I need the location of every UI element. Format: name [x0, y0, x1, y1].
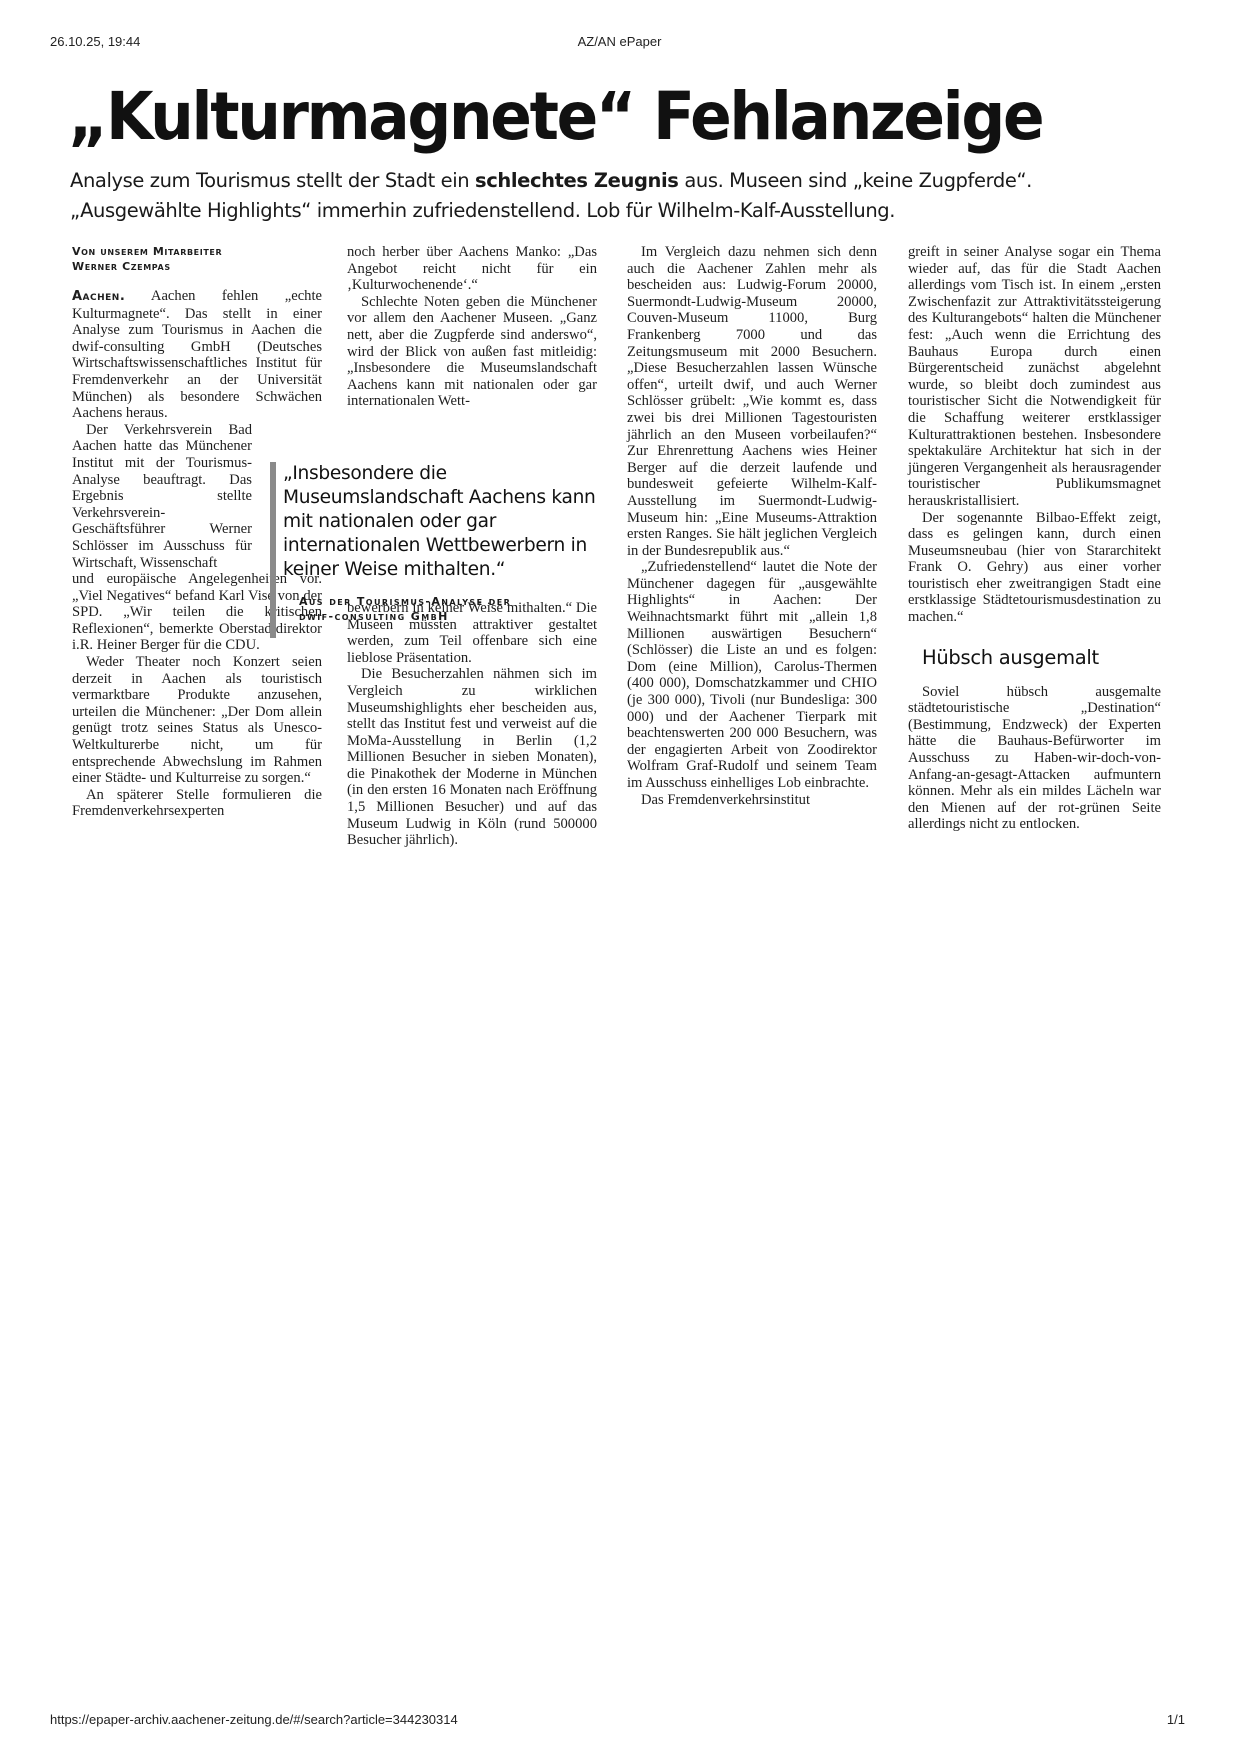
subhead-line1-post: aus. Museen sind „keine Zugpferde“. [679, 169, 1032, 192]
pull-quote-bar [270, 462, 276, 638]
subhead-line2: „Ausgewählte Highlights“ immerhin zufrie… [70, 199, 895, 222]
pull-quote-source-line2: dwif-consulting GmbH [299, 609, 619, 624]
paragraph: An späterer Stelle formulieren die Fremd… [72, 787, 322, 820]
paragraph: Im Vergleich dazu nehmen sich denn auch … [627, 244, 877, 559]
paragraph: Der Verkehrsverein Bad Aachen hatte das … [72, 422, 252, 571]
article-url: https://epaper-archiv.aachener-zeitung.d… [50, 1712, 458, 1727]
pull-quote-text: „Insbesondere die Museumslandschaft Aach… [283, 462, 618, 582]
byline-role: Von unserem Mitarbeiter [72, 244, 322, 259]
pull-quote-source: Aus der Tourismus-Analyse der dwif-consu… [299, 594, 619, 624]
paragraph: noch herber über Aachens Manko: „Das Ang… [347, 244, 597, 294]
paragraph-text: Aachen fehlen „echte Kulturmagnete“. Das… [72, 288, 322, 421]
section-subheading: Hübsch ausgemalt [922, 646, 1161, 670]
paragraph: Schlechte Noten geben die Münchener vor … [347, 294, 597, 410]
article-column-3: Im Vergleich dazu nehmen sich denn auch … [627, 244, 877, 808]
pull-quote: „Insbesondere die Museumslandschaft Aach… [270, 462, 615, 638]
pull-quote-source-line1: Aus der Tourismus-Analyse der [299, 594, 619, 609]
paragraph: Die Besucherzahlen nähmen sich im Vergle… [347, 666, 597, 849]
subhead-emphasis: schlechtes Zeugnis [475, 169, 679, 192]
byline-author: Werner Czempas [72, 259, 322, 274]
paragraph: Aachen. Aachen fehlen „echte Kulturmagne… [72, 288, 322, 422]
paragraph: Weder Theater noch Konzert seien derzeit… [72, 654, 322, 787]
print-header: 26.10.25, 19:44 AZ/AN ePaper [0, 34, 1239, 52]
paragraph: Der sogenannte Bilbao-Effekt zeigt, dass… [908, 510, 1161, 626]
dateline: Aachen. [72, 289, 125, 304]
article-column-4: greift in seiner Analyse sogar ein Thema… [908, 244, 1161, 833]
paragraph: greift in seiner Analyse sogar ein Thema… [908, 244, 1161, 510]
byline: Von unserem Mitarbeiter Werner Czempas [72, 244, 322, 274]
paragraph: Soviel hübsch ausgemalte städtetouristis… [908, 684, 1161, 833]
paragraph: „Zufriedenstellend“ lautet die Note der … [627, 559, 877, 791]
print-site-title: AZ/AN ePaper [0, 34, 1239, 49]
subhead-line1-pre: Analyse zum Tourismus stellt der Stadt e… [70, 169, 475, 192]
article-subhead: Analyse zum Tourismus stellt der Stadt e… [70, 166, 1200, 226]
article-headline: „Kulturmagnete“ Fehlanzeige [68, 72, 1042, 162]
print-footer: https://epaper-archiv.aachener-zeitung.d… [0, 1712, 1239, 1730]
page-count: 1/1 [1167, 1712, 1185, 1727]
paragraph: Das Fremdenverkehrsinstitut [627, 792, 877, 809]
